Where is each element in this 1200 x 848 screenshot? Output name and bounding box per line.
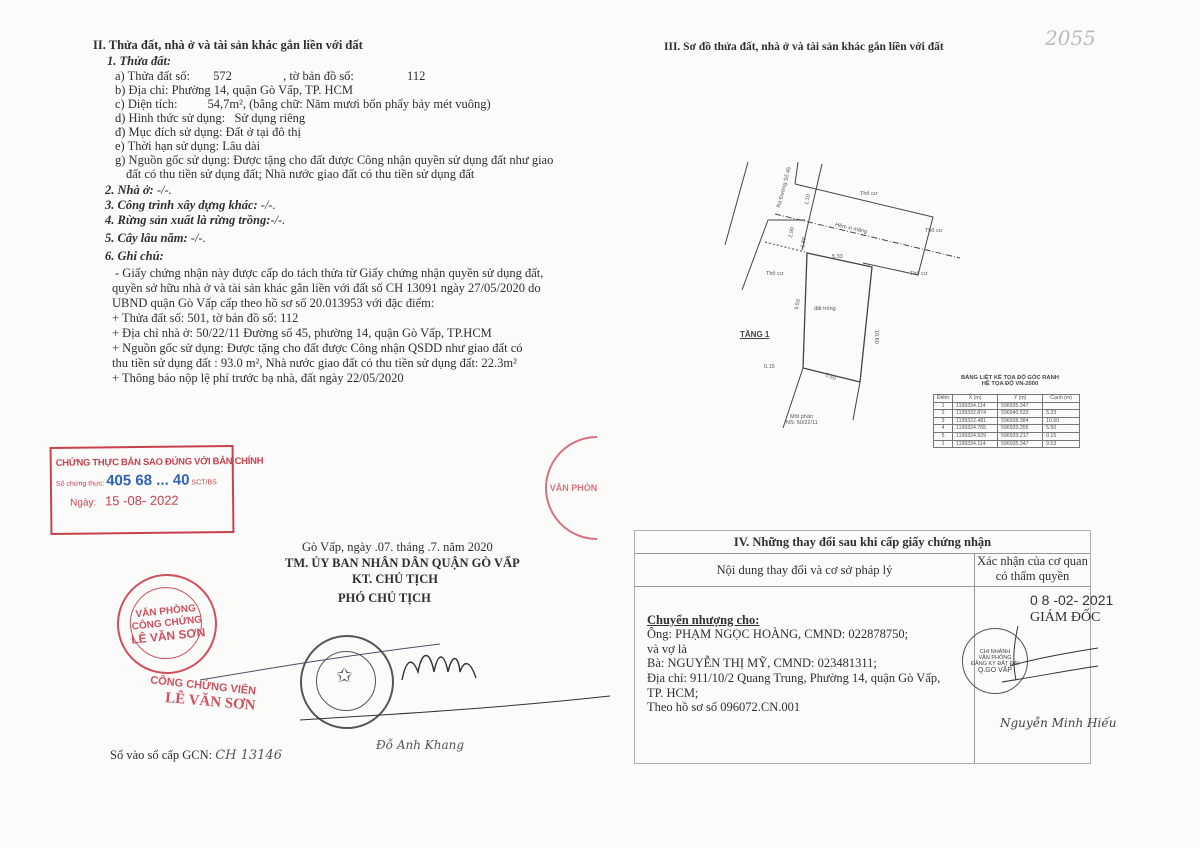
floor-label: TẦNG 1 — [740, 330, 769, 339]
svg-text:Thổ cư: Thổ cư — [860, 190, 878, 197]
coord-row: 31199322.481596938.38410.60 — [934, 417, 1080, 425]
copy-stamp-number: Số chứng thực: 405 68 ... 40 SCT/BS — [56, 471, 232, 490]
confirm-signature — [980, 620, 1100, 700]
transfer-line: Bà: NGUYỄN THỊ MỸ, CMND: 023481311; — [647, 656, 877, 671]
note-line: thu tiền sử dụng đất : 93.0 m², Nhà nước… — [112, 356, 517, 371]
svg-text:Ra Đường Số 45: Ra Đường Số 45 — [776, 167, 793, 209]
svg-text:1.89: 1.89 — [800, 237, 808, 249]
land-origin-cont: đất có thu tiền sử dụng đất; Nhà nước gi… — [126, 167, 474, 182]
transfer-line: TP. HCM; — [647, 686, 698, 701]
item-perennial: 5. Cây lâu năm: -/-. — [105, 231, 206, 246]
svg-text:đất trống: đất trống — [814, 306, 836, 312]
svg-text:10.60: 10.60 — [873, 330, 879, 344]
item-other-construction: 3. Công trình xây dựng khác: -/-. — [105, 198, 276, 213]
registry-number: Số vào sổ cấp GCN: CH 13146 — [110, 748, 282, 763]
note-line: + Nguồn gốc sử dụng: Được tặng cho đất đ… — [112, 341, 523, 356]
coord-row: 21199332.874596940.5335.33 — [934, 410, 1080, 418]
signing-place-date: Gò Vấp, ngày .07. tháng .7. năm 2020 — [302, 540, 493, 555]
svg-text:0.15: 0.15 — [764, 364, 775, 370]
copy-certification-stamp: CHỨNG THỰC BẢN SAO ĐÚNG VỚI BẢN CHÍNH Số… — [50, 445, 235, 535]
coord-table: Điểm X (m) Y (m) Cạnh (m) 11199334.11459… — [933, 394, 1080, 448]
svg-text:9.53: 9.53 — [794, 299, 802, 311]
transfer-line: Theo hồ sơ số 096072.CN.001 — [647, 700, 800, 715]
transfer-line: Ông: PHẠM NGỌC HOÀNG, CMND: 022878750; — [647, 627, 908, 642]
note-line: + Địa chỉ nhà ở: 50/22/11 Đường số 45, p… — [112, 326, 492, 341]
land-line-c: c) Diện tích:54,7m², (bằng chữ: Năm mươi… — [115, 97, 491, 112]
svg-text:Thổ cư: Thổ cư — [766, 270, 784, 277]
section-4-title: IV. Những thay đổi sau khi cấp giấy chứn… — [635, 531, 1090, 554]
note-line: + Thửa đất số: 501, tờ bản đồ số: 112 — [112, 311, 298, 326]
note-line: - Giấy chứng nhận này được cấp do tách t… — [115, 266, 543, 281]
land-line-dd: đ) Mục đích sử dụng: Đất ở tại đô thị — [115, 125, 301, 140]
note-line: UBND quận Gò Vấp cấp theo hồ sơ số 20.01… — [112, 296, 434, 311]
land-line-d: d) Hình thức sử dụng: Sử dụng riêng — [115, 111, 305, 126]
copy-stamp-title: CHỨNG THỰC BẢN SAO ĐÚNG VỚI BẢN CHÍNH — [56, 456, 232, 469]
svg-text:1.10: 1.10 — [804, 194, 812, 206]
col-content-header: Nội dung thay đổi và cơ sở pháp lý — [635, 554, 974, 587]
confirm-signer: Nguyễn Minh Hiếu — [1000, 716, 1116, 730]
land-heading: 1. Thửa đất: — [107, 54, 171, 69]
coord-row: 11199334.114596935.3479.53 — [934, 440, 1080, 448]
notes-heading: 6. Ghi chú: — [105, 249, 164, 264]
coord-table-title: BẢNG LIỆT KÊ TỌA ĐỘ GÓC RANH HỆ TỌA ĐỘ V… — [950, 375, 1070, 387]
signature-strokes — [180, 620, 620, 740]
svg-text:NS: 50/22/11: NS: 50/22/11 — [786, 420, 818, 426]
parcel-diagram: Ra Đường Số 45 Thổ cư Thổ cư Thổ cư Thổ … — [720, 150, 1020, 430]
confirm-date: 0 8 -02- 2021 — [1030, 592, 1113, 608]
note-line: quyền sở hữu nhà ở và tài sản khác gắn l… — [112, 281, 541, 296]
svg-text:5.50: 5.50 — [824, 372, 836, 382]
col-confirm-header: Xác nhận của cơ quan có thẩm quyền — [975, 554, 1090, 587]
land-line-b: b) Địa chỉ: Phường 14, quận Gò Vấp, TP. … — [115, 83, 353, 98]
land-line-a: a) Thửa đất số: 572, tờ bản đồ số: 112 — [115, 69, 425, 84]
svg-text:Hẻm xi măng: Hẻm xi măng — [835, 222, 868, 235]
coord-row: 51199324.929596933.2170.15 — [934, 432, 1080, 440]
copy-stamp-date: Ngày: 15 -08- 2022 — [70, 492, 232, 509]
coord-row: 41199324.765596933.3555.50 — [934, 425, 1080, 433]
land-line-g: g) Nguồn gốc sử dụng: Được tặng cho đất … — [115, 153, 553, 168]
svg-text:2.90: 2.90 — [788, 227, 796, 239]
coord-row: 11199334.114596935.347 — [934, 402, 1080, 410]
svg-text:Thổ cư: Thổ cư — [910, 270, 928, 277]
signing-org: TM. ỦY BAN NHÂN DÂN QUẬN GÒ VẤP — [285, 556, 520, 571]
section-2-title: II. Thửa đất, nhà ở và tài sản khác gắn … — [93, 38, 363, 53]
transfer-line: Địa chỉ: 911/10/2 Quang Trung, Phường 14… — [647, 671, 940, 686]
handwritten-note: 2055 — [1045, 26, 1096, 50]
signer-name: Đỗ Anh Khang — [376, 738, 464, 752]
item-house: 2. Nhà ở: -/-. — [105, 183, 172, 198]
signing-role-1: KT. CHỦ TỊCH — [352, 572, 438, 587]
section-3-title: III. Sơ đồ thửa đất, nhà ở và tài sản kh… — [664, 40, 944, 55]
transfer-heading: Chuyển nhượng cho: — [647, 613, 759, 628]
notary-seal-partial: VĂN PHÒNG — [545, 432, 597, 542]
item-forest: 4. Rừng sản xuất là rừng trồng:-/-. — [105, 213, 285, 228]
svg-text:5.33: 5.33 — [832, 254, 843, 260]
land-line-e: e) Thời hạn sử dụng: Lâu dài — [115, 139, 260, 154]
note-line: + Thông báo nộp lệ phí trước bạ nhà, đất… — [112, 371, 404, 386]
transfer-line: và vợ là — [647, 642, 687, 657]
signing-role-2: PHÓ CHỦ TỊCH — [338, 591, 431, 606]
svg-text:Thổ cư: Thổ cư — [925, 227, 943, 234]
